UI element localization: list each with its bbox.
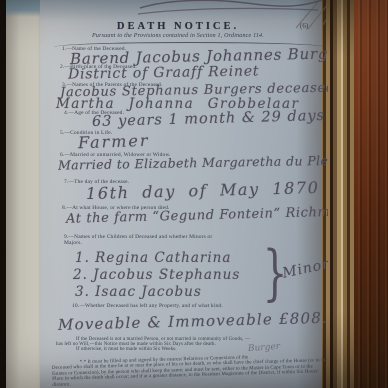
field-10-handwriting: Moveable & Immoveable £808.15: [58, 308, 328, 334]
child-list-item-2: 2. Jacobus Stephanus: [73, 267, 240, 283]
footnote-line-3: If otherwise, it must be made within Six…: [76, 347, 177, 352]
child-list-item-1: 1. Regina Catharina: [75, 250, 231, 266]
field-9-label: 9.—Names of the Children of Deceased and…: [64, 234, 224, 246]
field-2-handwriting: District of Graaff Reinet: [68, 63, 260, 82]
page-number: (6): [300, 22, 308, 30]
child-list-item-3: 3. Isaac Jacobus: [75, 284, 202, 300]
signature: Burger: [248, 342, 281, 354]
death-notice-title: DEATH NOTICE.: [40, 21, 322, 32]
form-subtitle: Pursuant to the Provisions contained in …: [40, 33, 322, 39]
field-10-label: 10.—Whether Deceased has left any Proper…: [72, 303, 247, 309]
field-5-handwriting: Farmer: [78, 131, 150, 152]
photo-of-register-book: DEATH NOTICE. (6) Pursuant to the Provis…: [0, 0, 388, 388]
minors-annotation: Minors: [281, 254, 328, 281]
fine-print-paragraph: *.* It must be filled up and signed by t…: [52, 353, 328, 388]
document-content: DEATH NOTICE. (6) Pursuant to the Provis…: [40, 0, 328, 388]
